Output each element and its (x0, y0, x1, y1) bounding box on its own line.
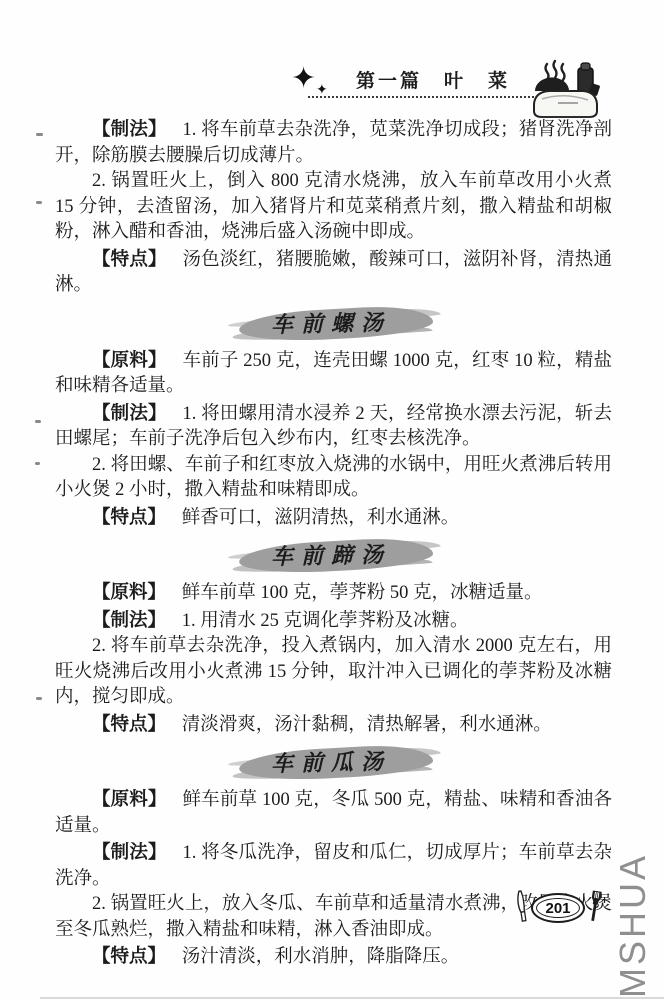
paragraph: 2. 将田螺、车前子和红枣放入烧沸的水锅中，用旺火煮沸后转用小火煲 2 小时，撒… (55, 453, 612, 504)
recipe-heading: 车前螺汤 (247, 306, 420, 342)
watermark-text: MSHUA (612, 853, 654, 998)
paragraph: 【特点】鲜香可口，滋阴清热，利水通淋。 (55, 504, 612, 532)
paragraph-text: 1. 用清水 25 克调化荸荠粉及冰糖。 (182, 611, 469, 631)
knife-icon (516, 889, 528, 928)
paragraph-label: 【制法】 (92, 609, 166, 630)
paragraph: 【原料】鲜车前草 100 克，荸荠粉 50 克，冰糖适量。 (55, 579, 612, 607)
recipe-section: 车前瓜汤 【原料】鲜车前草 100 克，冬瓜 500 克，精盐、味精和香油各适量… (55, 747, 612, 971)
recipe-heading-text: 车前蹄汤 (271, 542, 392, 570)
recipe-heading: 车前蹄汤 (247, 538, 420, 574)
page-number-plate: 201 (531, 893, 585, 923)
paragraph-label: 【特点】 (92, 248, 167, 269)
paragraph: 【特点】汤色淡红，猪腰脆嫩，酸辣可口，滋阴补肾，清热通淋。 (55, 246, 612, 299)
paragraph-text: 2. 将田螺、车前子和红枣放入烧沸的水锅中，用旺火煮沸后转用小火煲 2 小时，撒… (55, 455, 612, 501)
paragraph-text: 2. 锅置旺火上，倒入 800 克清水烧沸，放入车前草改用小火煮 15 分钟，去… (55, 171, 612, 242)
paragraph-label: 【制法】 (92, 118, 167, 139)
page-content: 【制法】1. 将车前草去杂洗净，苋菜洗净切成段；猪肾洗净剖开，除筋膜去腰臊后切成… (55, 116, 612, 971)
paragraph-label: 【原料】 (92, 349, 167, 370)
scan-artifact (36, 201, 42, 204)
scan-artifact (36, 133, 43, 136)
scan-artifact (35, 462, 40, 465)
paragraph: 【原料】车前子 250 克，连壳田螺 1000 克，红枣 10 粒，精盐和味精各… (55, 347, 612, 400)
paragraph-label: 【制法】 (92, 841, 167, 862)
paragraph-text: 2. 将车前草去杂洗净，投入煮锅内，加入清水 2000 克左右，用旺火烧沸后改用… (55, 636, 612, 707)
page-header: ✦ ✦ 第一篇 叶 菜 (0, 58, 664, 120)
paragraph: 2. 锅置旺火上，倒入 800 克清水烧沸，放入车前草改用小火煮 15 分钟，去… (55, 169, 612, 246)
paragraph-label: 【原料】 (92, 581, 166, 602)
scan-artifact (36, 697, 42, 700)
scan-page-edge (40, 997, 664, 999)
paragraph-label: 【制法】 (92, 402, 167, 423)
recipe-heading-text: 车前螺汤 (271, 309, 392, 337)
paragraph-text: 鲜车前草 100 克，荸荠粉 50 克，冰糖适量。 (182, 583, 543, 603)
steaming-dish-icon (528, 58, 604, 122)
paragraph-label: 【特点】 (92, 713, 166, 734)
book-page: ✦ ✦ 第一篇 叶 菜 (0, 0, 664, 1001)
scan-artifact (35, 420, 41, 423)
paragraph: 【原料】鲜车前草 100 克，冬瓜 500 克，精盐、味精和香油各适量。 (55, 786, 612, 839)
chapter-title: 第一篇 叶 菜 (338, 66, 528, 93)
recipe-heading: 车前瓜汤 (247, 745, 420, 781)
recipe-section: 车前螺汤 【原料】车前子 250 克，连壳田螺 1000 克，红枣 10 粒，精… (55, 308, 612, 532)
paragraph: 2. 将车前草去杂洗净，投入煮锅内，加入清水 2000 克左右，用旺火烧沸后改用… (55, 634, 612, 711)
paragraph: 【特点】汤汁清淡，利水消肿，降脂降压。 (55, 943, 612, 971)
paragraph: 【制法】1. 将田螺用清水浸养 2 天，经常换水漂去污泥，斩去田螺尾；车前子洗净… (55, 400, 612, 453)
paragraph-label: 【特点】 (92, 945, 166, 966)
paragraph-label: 【特点】 (92, 506, 166, 527)
paragraph-text: 鲜香可口，滋阴清热，利水通淋。 (182, 508, 460, 528)
page-footer: 201 (516, 890, 606, 926)
recipe-heading-text: 车前瓜汤 (271, 749, 392, 777)
paragraph: 【制法】1. 将车前草去杂洗净，苋菜洗净切成段；猪肾洗净剖开，除筋膜去腰臊后切成… (55, 116, 612, 169)
paragraph: 【特点】清淡滑爽，汤汁黏稠，清热解暑，利水通淋。 (55, 711, 612, 739)
paragraph-text: 清淡滑爽，汤汁黏稠，清热解暑，利水通淋。 (182, 715, 552, 735)
page-number: 201 (536, 898, 580, 918)
paragraph-text: 汤汁清淡，利水消肿，降脂降压。 (182, 947, 460, 967)
paragraph: 【制法】1. 用清水 25 克调化荸荠粉及冰糖。 (55, 607, 612, 635)
fork-icon (588, 889, 602, 928)
paragraph: 【制法】1. 将冬瓜洗净，留皮和瓜仁，切成厚片；车前草去杂洗净。 (55, 839, 612, 892)
recipe-section: 车前蹄汤 【原料】鲜车前草 100 克，荸荠粉 50 克，冰糖适量。 【制法】1… (55, 540, 612, 738)
paragraph-label: 【原料】 (92, 788, 167, 809)
recipe-section: 【制法】1. 将车前草去杂洗净，苋菜洗净切成段；猪肾洗净剖开，除筋膜去腰臊后切成… (55, 116, 612, 299)
